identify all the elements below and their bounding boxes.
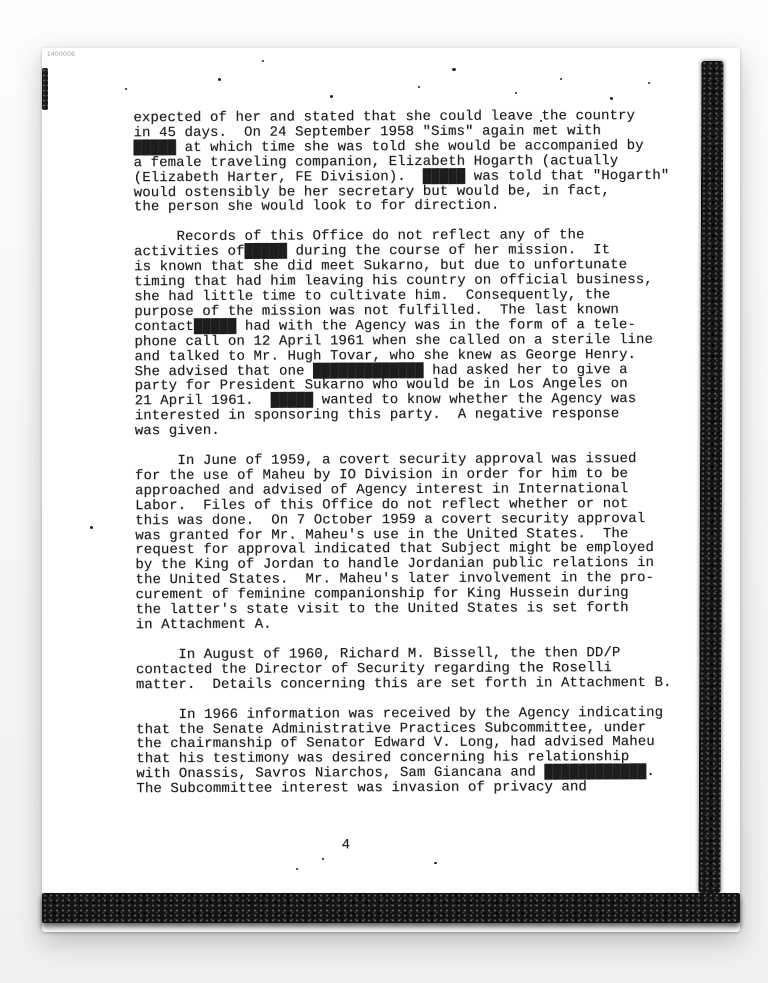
scan-id-label: 1400006 <box>47 51 75 58</box>
scan-speck <box>262 60 264 62</box>
paragraph: Records of this Office do not reflect an… <box>134 228 680 439</box>
paragraph: In 1966 information was received by the … <box>136 705 681 797</box>
page-number: 4 <box>137 837 682 854</box>
document-text: expected of her and stated that she coul… <box>133 109 681 854</box>
scan-speck <box>610 97 613 100</box>
scan-bottom-edge-band <box>42 893 740 923</box>
scan-speck <box>418 86 420 88</box>
scan-left-edge-mark <box>42 68 48 110</box>
scan-speck <box>218 78 221 81</box>
scan-speck <box>515 92 517 94</box>
scan-right-edge-band <box>699 61 724 893</box>
scan-speck <box>434 862 437 864</box>
scan-speck <box>452 68 456 71</box>
scan-speck <box>648 82 650 84</box>
scan-speck <box>296 868 298 870</box>
scan-speck <box>560 78 562 80</box>
paragraph: In August of 1960, Richard M. Bissell, t… <box>136 646 681 693</box>
scan-speck <box>90 526 93 529</box>
paragraph: expected of her and stated that she coul… <box>133 109 678 216</box>
scan-speck <box>125 88 127 90</box>
paragraph: In June of 1959, a covert security appro… <box>135 452 681 633</box>
document-page: 1400006 expected of her and stated that … <box>42 48 740 932</box>
scan-background: 1400006 expected of her and stated that … <box>0 0 768 983</box>
scan-speck <box>322 858 324 860</box>
scan-speck <box>330 95 333 98</box>
